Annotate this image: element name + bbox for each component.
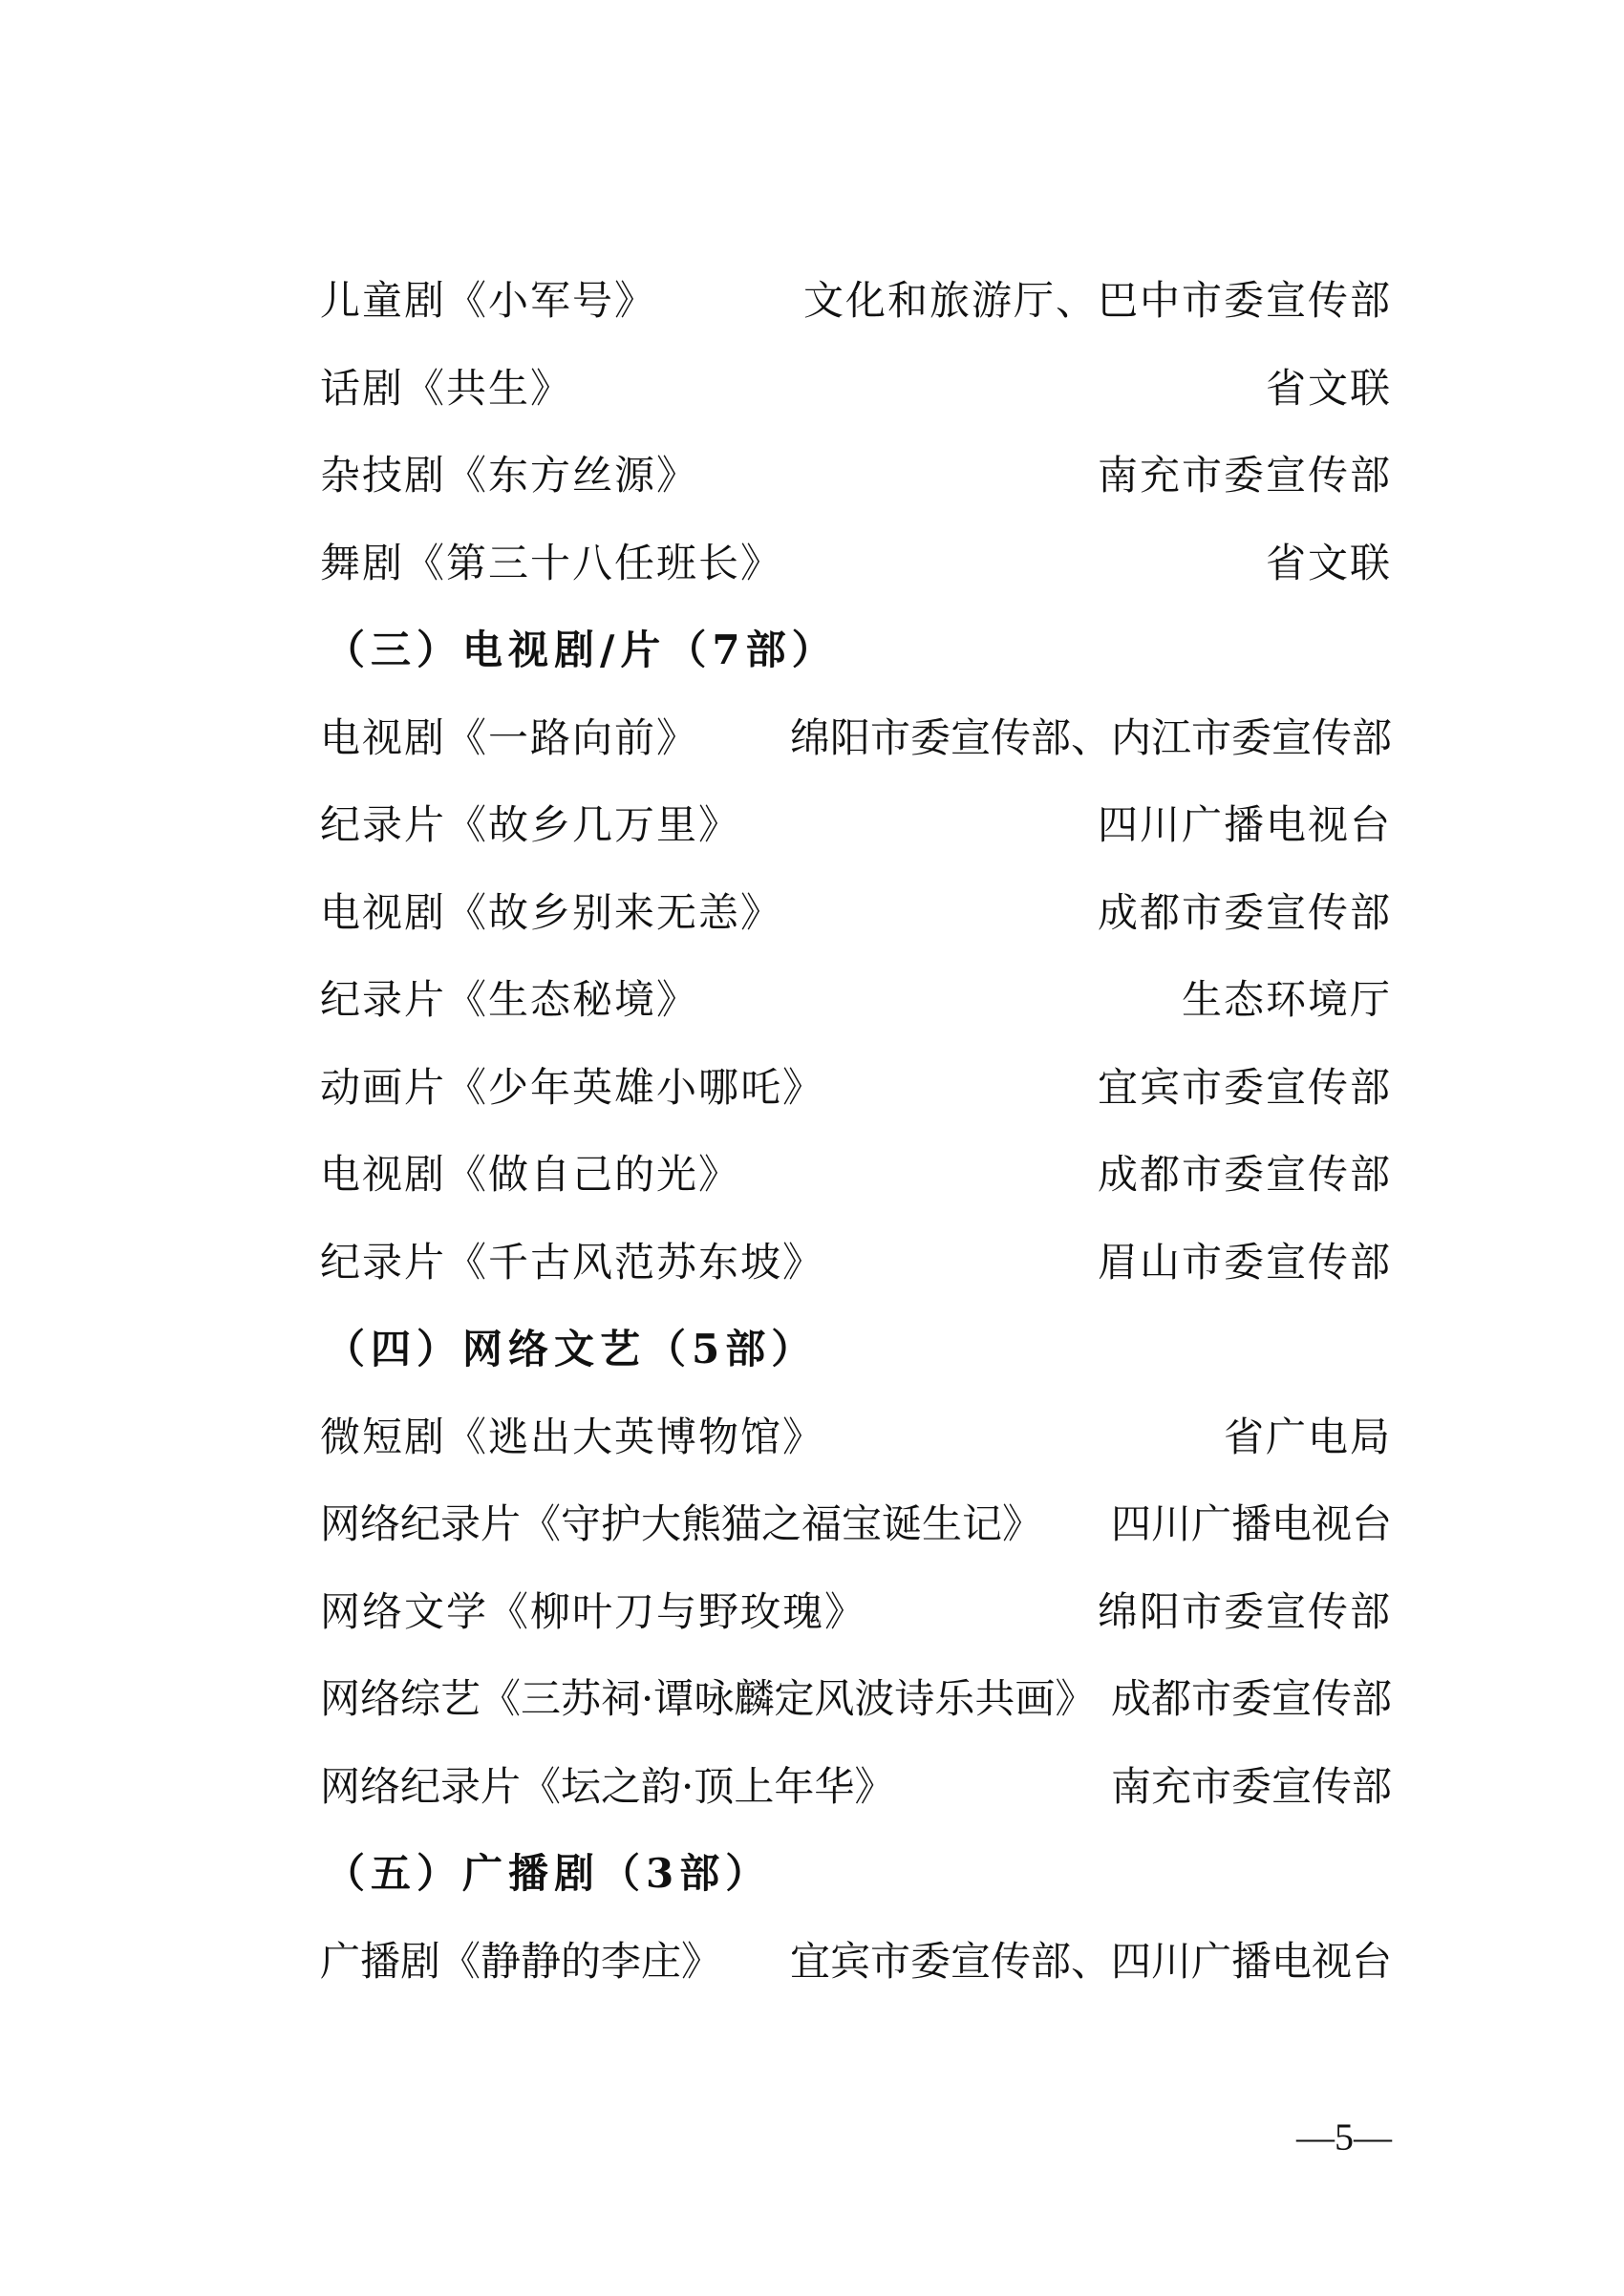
organization: 省文联: [1266, 360, 1392, 417]
work-title: 话剧《共生》: [320, 360, 572, 417]
organization: 绵阳市委宣传部、内江市委宣传部: [790, 710, 1392, 767]
work-title: 电视剧《故乡别来无恙》: [320, 884, 782, 942]
work-title: 纪录片《故乡几万里》: [320, 797, 740, 854]
organization: 宜宾市委宣传部、四川广播电视台: [790, 1933, 1392, 1990]
organization: 成都市委宣传部: [1098, 884, 1392, 942]
section-heading: （五）广播剧（3部）: [325, 1845, 771, 1903]
list-item: 网络纪录片《坛之韵·顶上年华》 南充市委宣传部: [320, 1758, 1392, 1816]
work-title: 电视剧《做自己的光》: [320, 1146, 740, 1203]
organization: 生态环境厅: [1182, 971, 1392, 1029]
page-number: —5—: [1293, 2115, 1395, 2160]
work-title: 纪录片《生态秘境》: [320, 971, 698, 1029]
work-title: 网络文学《柳叶刀与野玫瑰》: [320, 1584, 866, 1641]
organization: 南充市委宣传部: [1111, 1758, 1392, 1816]
list-item: 网络纪录片《守护大熊猫之福宝诞生记》 四川广播电视台: [320, 1496, 1392, 1553]
work-title: 电视剧《一路向前》: [320, 710, 698, 767]
organization: 四川广播电视台: [1111, 1496, 1392, 1553]
list-item: 网络综艺《三苏祠·谭咏麟定风波诗乐共画》 成都市委宣传部: [320, 1670, 1392, 1728]
organization: 省文联: [1266, 535, 1392, 592]
work-title: 微短剧《逃出大英博物馆》: [320, 1409, 824, 1466]
list-item: 儿童剧《小军号》 文化和旅游厅、巴中市委宣传部: [320, 272, 1392, 330]
list-item: 微短剧《逃出大英博物馆》 省广电局: [320, 1409, 1392, 1466]
list-item: 广播剧《静静的李庄》 宜宾市委宣传部、四川广播电视台: [320, 1933, 1392, 1990]
list-item: 舞剧《第三十八任班长》 省文联: [320, 535, 1392, 592]
list-item: 纪录片《故乡几万里》 四川广播电视台: [320, 797, 1392, 854]
organization: 眉山市委宣传部: [1098, 1234, 1392, 1291]
section-heading: （四）网络文艺（5部）: [325, 1321, 817, 1378]
organization: 绵阳市委宣传部: [1098, 1584, 1392, 1641]
work-title: 舞剧《第三十八任班长》: [320, 535, 782, 592]
list-item: 纪录片《生态秘境》 生态环境厅: [320, 971, 1392, 1029]
list-item: 话剧《共生》 省文联: [320, 360, 1392, 417]
organization: 成都市委宣传部: [1111, 1670, 1392, 1728]
list-item: 电视剧《一路向前》 绵阳市委宣传部、内江市委宣传部: [320, 710, 1392, 767]
organization: 文化和旅游厅、巴中市委宣传部: [803, 272, 1392, 330]
work-title: 纪录片《千古风范苏东坡》: [320, 1234, 824, 1291]
work-title: 网络综艺《三苏祠·谭咏麟定风波诗乐共画》: [320, 1670, 1095, 1728]
work-title: 杂技剧《东方丝源》: [320, 447, 698, 504]
organization: 宜宾市委宣传部: [1098, 1059, 1392, 1116]
organization: 四川广播电视台: [1098, 797, 1392, 854]
work-title: 网络纪录片《守护大熊猫之福宝诞生记》: [320, 1496, 1042, 1553]
work-title: 网络纪录片《坛之韵·顶上年华》: [320, 1758, 894, 1816]
organization: 南充市委宣传部: [1098, 447, 1392, 504]
list-item: 杂技剧《东方丝源》 南充市委宣传部: [320, 447, 1392, 504]
list-item: 电视剧《故乡别来无恙》 成都市委宣传部: [320, 884, 1392, 942]
list-item: 动画片《少年英雄小哪吒》 宜宾市委宣传部: [320, 1059, 1392, 1116]
organization: 省广电局: [1224, 1409, 1392, 1466]
work-title: 广播剧《静静的李庄》: [320, 1933, 721, 1990]
document-page: 儿童剧《小军号》 文化和旅游厅、巴中市委宣传部 话剧《共生》 省文联 杂技剧《东…: [0, 0, 1624, 2296]
work-title: 儿童剧《小军号》: [320, 272, 656, 330]
list-item: 电视剧《做自己的光》 成都市委宣传部: [320, 1146, 1392, 1203]
list-item: 网络文学《柳叶刀与野玫瑰》 绵阳市委宣传部: [320, 1584, 1392, 1641]
organization: 成都市委宣传部: [1098, 1146, 1392, 1203]
section-heading: （三）电视剧/片（7部）: [325, 622, 838, 679]
list-item: 纪录片《千古风范苏东坡》 眉山市委宣传部: [320, 1234, 1392, 1291]
work-title: 动画片《少年英雄小哪吒》: [320, 1059, 824, 1116]
